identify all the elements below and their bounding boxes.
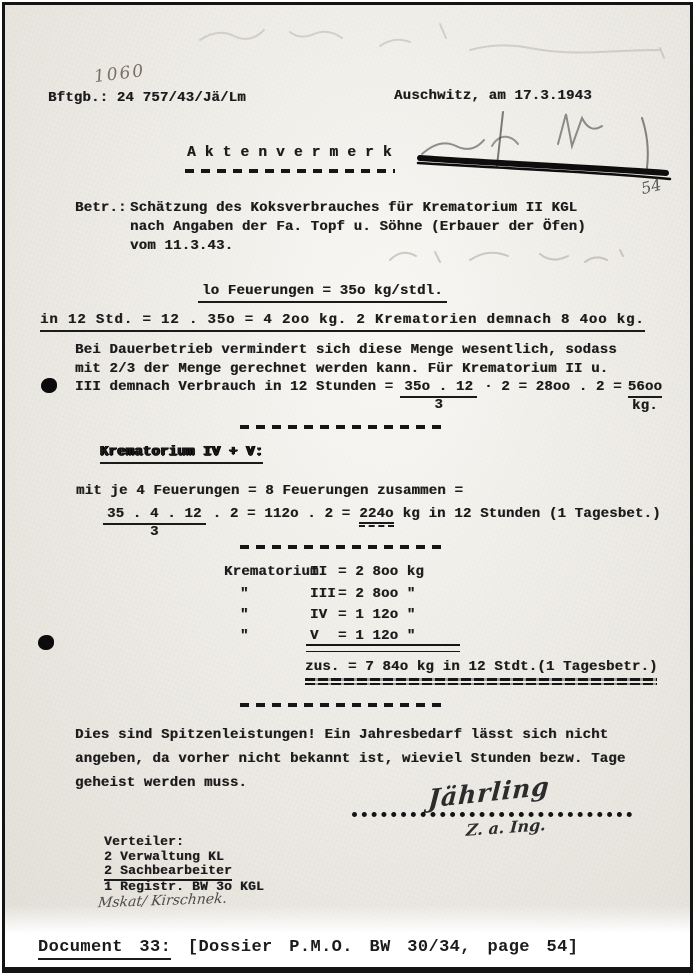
table-sum-underline xyxy=(306,644,460,652)
row-value: = 2 8oo kg xyxy=(338,564,424,580)
row-value: = 2 8oo " xyxy=(338,586,415,602)
row-value: = 1 12o " xyxy=(338,628,415,644)
row-roman: V xyxy=(310,628,338,644)
hole-punch-bottom xyxy=(38,635,54,650)
fraction: 35o . 12 3 xyxy=(400,379,477,412)
formula-lead-text: III demnach Verbrauch in 12 Stunden = xyxy=(75,379,393,395)
caption-source: [Dossier P.M.O. BW 30/34, page 54] xyxy=(188,938,578,957)
formula-tail-text: kg in 12 Stunden (1 Tagesbet.) xyxy=(403,506,661,522)
closing-line-2: angeben, da vorher nicht bekannt ist, wi… xyxy=(75,751,626,767)
fraction-denominator: 3 xyxy=(150,525,159,539)
dashed-separator-2 xyxy=(240,545,448,549)
paragraph-continuous-1: Bei Dauerbetrieb vermindert sich diese M… xyxy=(75,342,617,358)
subject-line-2: nach Angaben der Fa. Topf u. Söhne (Erba… xyxy=(130,219,586,235)
distribution-label: Verteiler: xyxy=(104,834,184,849)
row-prefix: Krematorium xyxy=(224,564,310,580)
formula-result-stack: 56oo kg. xyxy=(628,379,662,414)
document-page: 1060 Bftgb.: 24 757/43/Jä/Lm Auschwitz, … xyxy=(0,0,695,975)
faint-pencil-marks-top xyxy=(140,10,685,70)
title-dashed-underline xyxy=(185,169,395,173)
row-roman: III xyxy=(310,586,338,602)
krema-4-5-heading: Krematorium IV + V: xyxy=(100,444,263,464)
reference-number: Bftgb.: 24 757/43/Jä/Lm xyxy=(48,90,246,106)
formula-mid-text: . 2 = 112o . 2 = xyxy=(213,506,351,522)
formula-mid-text: · 2 = 28oo . 2 = xyxy=(484,379,622,395)
table-row: " V = 1 12o " xyxy=(224,628,415,644)
caption: Document 33: [Dossier P.M.O. BW 30/34, p… xyxy=(38,938,578,957)
formula-result-value: 224o xyxy=(359,506,393,524)
row-roman: IV xyxy=(310,607,338,623)
table-row: " III = 2 8oo " xyxy=(224,586,415,602)
table-total-line: zus. = 7 84o kg in 12 Stdt.(1 Tagesbetr.… xyxy=(305,659,658,675)
daily-consumption-line: in 12 Std. = 12 . 35o = 4 2oo kg. 2 Krem… xyxy=(40,312,645,332)
document-title: A k t e n v e r m e r k xyxy=(187,145,392,161)
row-roman: II xyxy=(310,564,338,580)
caption-document-label: Document 33: xyxy=(38,938,171,960)
fraction: 35 . 4 . 12 3 xyxy=(103,506,206,539)
coke-rate-heading: lo Feuerungen = 35o kg/stdl. xyxy=(198,283,447,303)
subject-label: Betr.: xyxy=(75,200,127,216)
closing-line-1: Dies sind Spitzenleistungen! Ein Jahresb… xyxy=(75,727,608,743)
krema-4-5-line: mit je 4 Feuerungen = 8 Feuerungen zusam… xyxy=(76,483,463,499)
fraction-numerator: 35o . 12 xyxy=(400,379,477,398)
subject-line-1: Schätzung des Koksverbrauches für Kremat… xyxy=(130,200,577,216)
table-row: " IV = 1 12o " xyxy=(224,607,415,623)
closing-line-3: geheist werden muss. xyxy=(75,775,247,791)
subject-line-3: vom 11.3.43. xyxy=(130,238,233,254)
table-row: Krematorium II = 2 8oo kg xyxy=(224,564,424,580)
fraction-denominator: 3 xyxy=(434,398,443,412)
dashed-separator-1 xyxy=(240,425,448,429)
formula-krema-4-5: 35 . 4 . 12 3 . 2 = 112o . 2 = 224o kg i… xyxy=(103,506,661,539)
row-prefix: " xyxy=(224,628,310,644)
row-value: = 1 12o " xyxy=(338,607,415,623)
paragraph-continuous-2: mit 2/3 der Menge gerechnet werden kann.… xyxy=(75,361,608,377)
total-emphasis-line xyxy=(305,678,657,686)
fraction-numerator: 35 . 4 . 12 xyxy=(103,506,206,525)
handwritten-signature-scrawl xyxy=(408,100,678,190)
dashed-separator-3 xyxy=(240,703,448,707)
faint-pencil-note xyxy=(380,240,640,272)
photo-bottom-fade xyxy=(5,905,690,939)
hole-punch-top xyxy=(41,378,57,393)
distribution-item-1: 2 Verwaltung KL xyxy=(104,849,224,864)
row-prefix: " xyxy=(224,586,310,602)
formula-result-value: 56oo xyxy=(628,379,662,398)
row-prefix: " xyxy=(224,607,310,623)
formula-result-unit: kg. xyxy=(632,398,658,414)
signature-dotted-line xyxy=(352,812,632,817)
formula-krema-2-3: III demnach Verbrauch in 12 Stunden = 35… xyxy=(75,379,662,414)
